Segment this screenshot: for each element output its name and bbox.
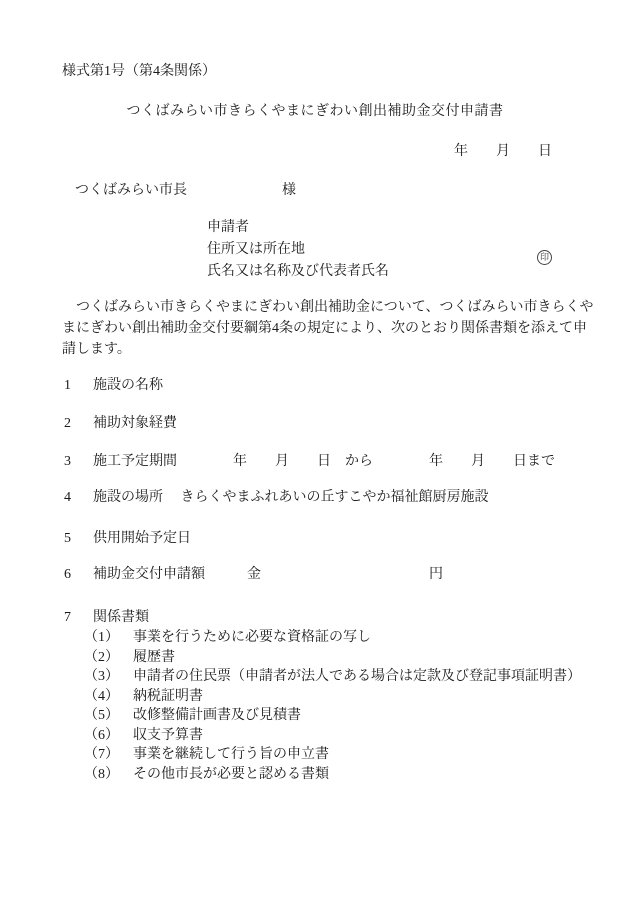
attachment-item: （7）事業を継続して行う旨の申立書 xyxy=(84,745,581,765)
seal-icon: 印 xyxy=(537,250,552,265)
attachment-text: 履歴書 xyxy=(133,650,175,665)
attachment-prefix: （7） xyxy=(84,745,133,765)
applicant-name-label: 氏名又は名称及び代表者氏名 xyxy=(207,261,389,283)
honorific-label: 様 xyxy=(282,183,296,198)
applicant-address-label: 住所又は所在地 xyxy=(207,239,389,261)
attachment-item: （2）履歴書 xyxy=(84,648,581,668)
body-line: 請します。 xyxy=(62,339,593,360)
body-line: つくばみらい市きらくやまにぎわい創出補助金について、つくばみらい市きらくや xyxy=(62,297,593,318)
attachment-text: その他市長が必要と認める書類 xyxy=(133,767,329,782)
item-number: 3 xyxy=(64,452,93,472)
form-number: 様式第1号（第4条関係） xyxy=(62,62,216,82)
document-page: 様式第1号（第4条関係） つくばみらい市きらくやまにぎわい創出補助金交付申請書 … xyxy=(0,0,630,903)
date-line: 年 月 日 xyxy=(0,142,630,162)
item-number: 2 xyxy=(64,414,93,434)
attachment-text: 収支予算書 xyxy=(133,728,203,743)
attachment-prefix: （5） xyxy=(84,706,133,726)
item-number: 1 xyxy=(64,376,93,396)
attachment-text: 申請者の住民票（申請者が法人である場合は定款及び登記事項証明書） xyxy=(133,669,581,684)
applicant-block: 申請者 住所又は所在地 氏名又は名称及び代表者氏名 xyxy=(207,217,389,283)
mayor-label: つくばみらい市長 xyxy=(75,183,187,198)
attachment-item: （5）改修整備計画書及び見積書 xyxy=(84,706,581,726)
form-item-related-documents: 7関係書類 xyxy=(64,608,149,628)
attachment-prefix: （2） xyxy=(84,648,133,668)
form-item-facility-location: 4施設の場所 きらくやまふれあいの丘すこやか福祉館厨房施設 xyxy=(64,488,489,508)
item-label: 関係書類 xyxy=(93,610,149,625)
attachment-text: 事業を継続して行う旨の申立書 xyxy=(133,747,329,762)
item-number: 5 xyxy=(64,529,93,549)
attachment-prefix: （4） xyxy=(84,687,133,707)
attachment-text: 納税証明書 xyxy=(133,689,203,704)
recipient-line: つくばみらい市長様 xyxy=(75,181,296,201)
form-item-application-amount: 6補助金交付申請額 金 円 xyxy=(64,565,443,585)
attachment-item: （8）その他市長が必要と認める書類 xyxy=(84,765,581,785)
item-number: 6 xyxy=(64,565,93,585)
form-item-subsidy-expense: 2補助対象経費 xyxy=(64,414,177,434)
attachment-item: （3）申請者の住民票（申請者が法人である場合は定款及び登記事項証明書） xyxy=(84,667,581,687)
attachment-item: （4）納税証明書 xyxy=(84,687,581,707)
attachment-prefix: （3） xyxy=(84,667,133,687)
item-label: 施工予定期間 年 月 日 から 年 月 日まで xyxy=(93,454,555,469)
attachment-list: （1）事業を行うために必要な資格証の写し （2）履歴書 （3）申請者の住民票（申… xyxy=(84,628,581,784)
item-label: 施設の場所 きらくやまふれあいの丘すこやか福祉館厨房施設 xyxy=(93,490,489,505)
attachment-text: 改修整備計画書及び見積書 xyxy=(133,708,301,723)
form-item-facility-name: 1施設の名称 xyxy=(64,376,163,396)
form-item-service-start-date: 5供用開始予定日 xyxy=(64,529,191,549)
body-line: まにぎわい創出補助金交付要綱第4条の規定により、次のとおり関係書類を添えて申 xyxy=(62,318,593,339)
attachment-item: （1）事業を行うために必要な資格証の写し xyxy=(84,628,581,648)
attachment-item: （6）収支予算書 xyxy=(84,726,581,746)
body-paragraph: つくばみらい市きらくやまにぎわい創出補助金について、つくばみらい市きらくや まに… xyxy=(62,297,593,360)
item-number: 7 xyxy=(64,608,93,628)
item-number: 4 xyxy=(64,488,93,508)
attachment-text: 事業を行うために必要な資格証の写し xyxy=(133,630,371,645)
document-title: つくばみらい市きらくやまにぎわい創出補助金交付申請書 xyxy=(0,102,630,122)
attachment-prefix: （6） xyxy=(84,726,133,746)
applicant-heading: 申請者 xyxy=(207,217,389,239)
item-label: 補助対象経費 xyxy=(93,416,177,431)
item-label: 補助金交付申請額 金 円 xyxy=(93,567,443,582)
attachment-prefix: （1） xyxy=(84,628,133,648)
form-item-construction-period: 3施工予定期間 年 月 日 から 年 月 日まで xyxy=(64,452,555,472)
item-label: 施設の名称 xyxy=(93,378,163,393)
attachment-prefix: （8） xyxy=(84,765,133,785)
item-label: 供用開始予定日 xyxy=(93,531,191,546)
